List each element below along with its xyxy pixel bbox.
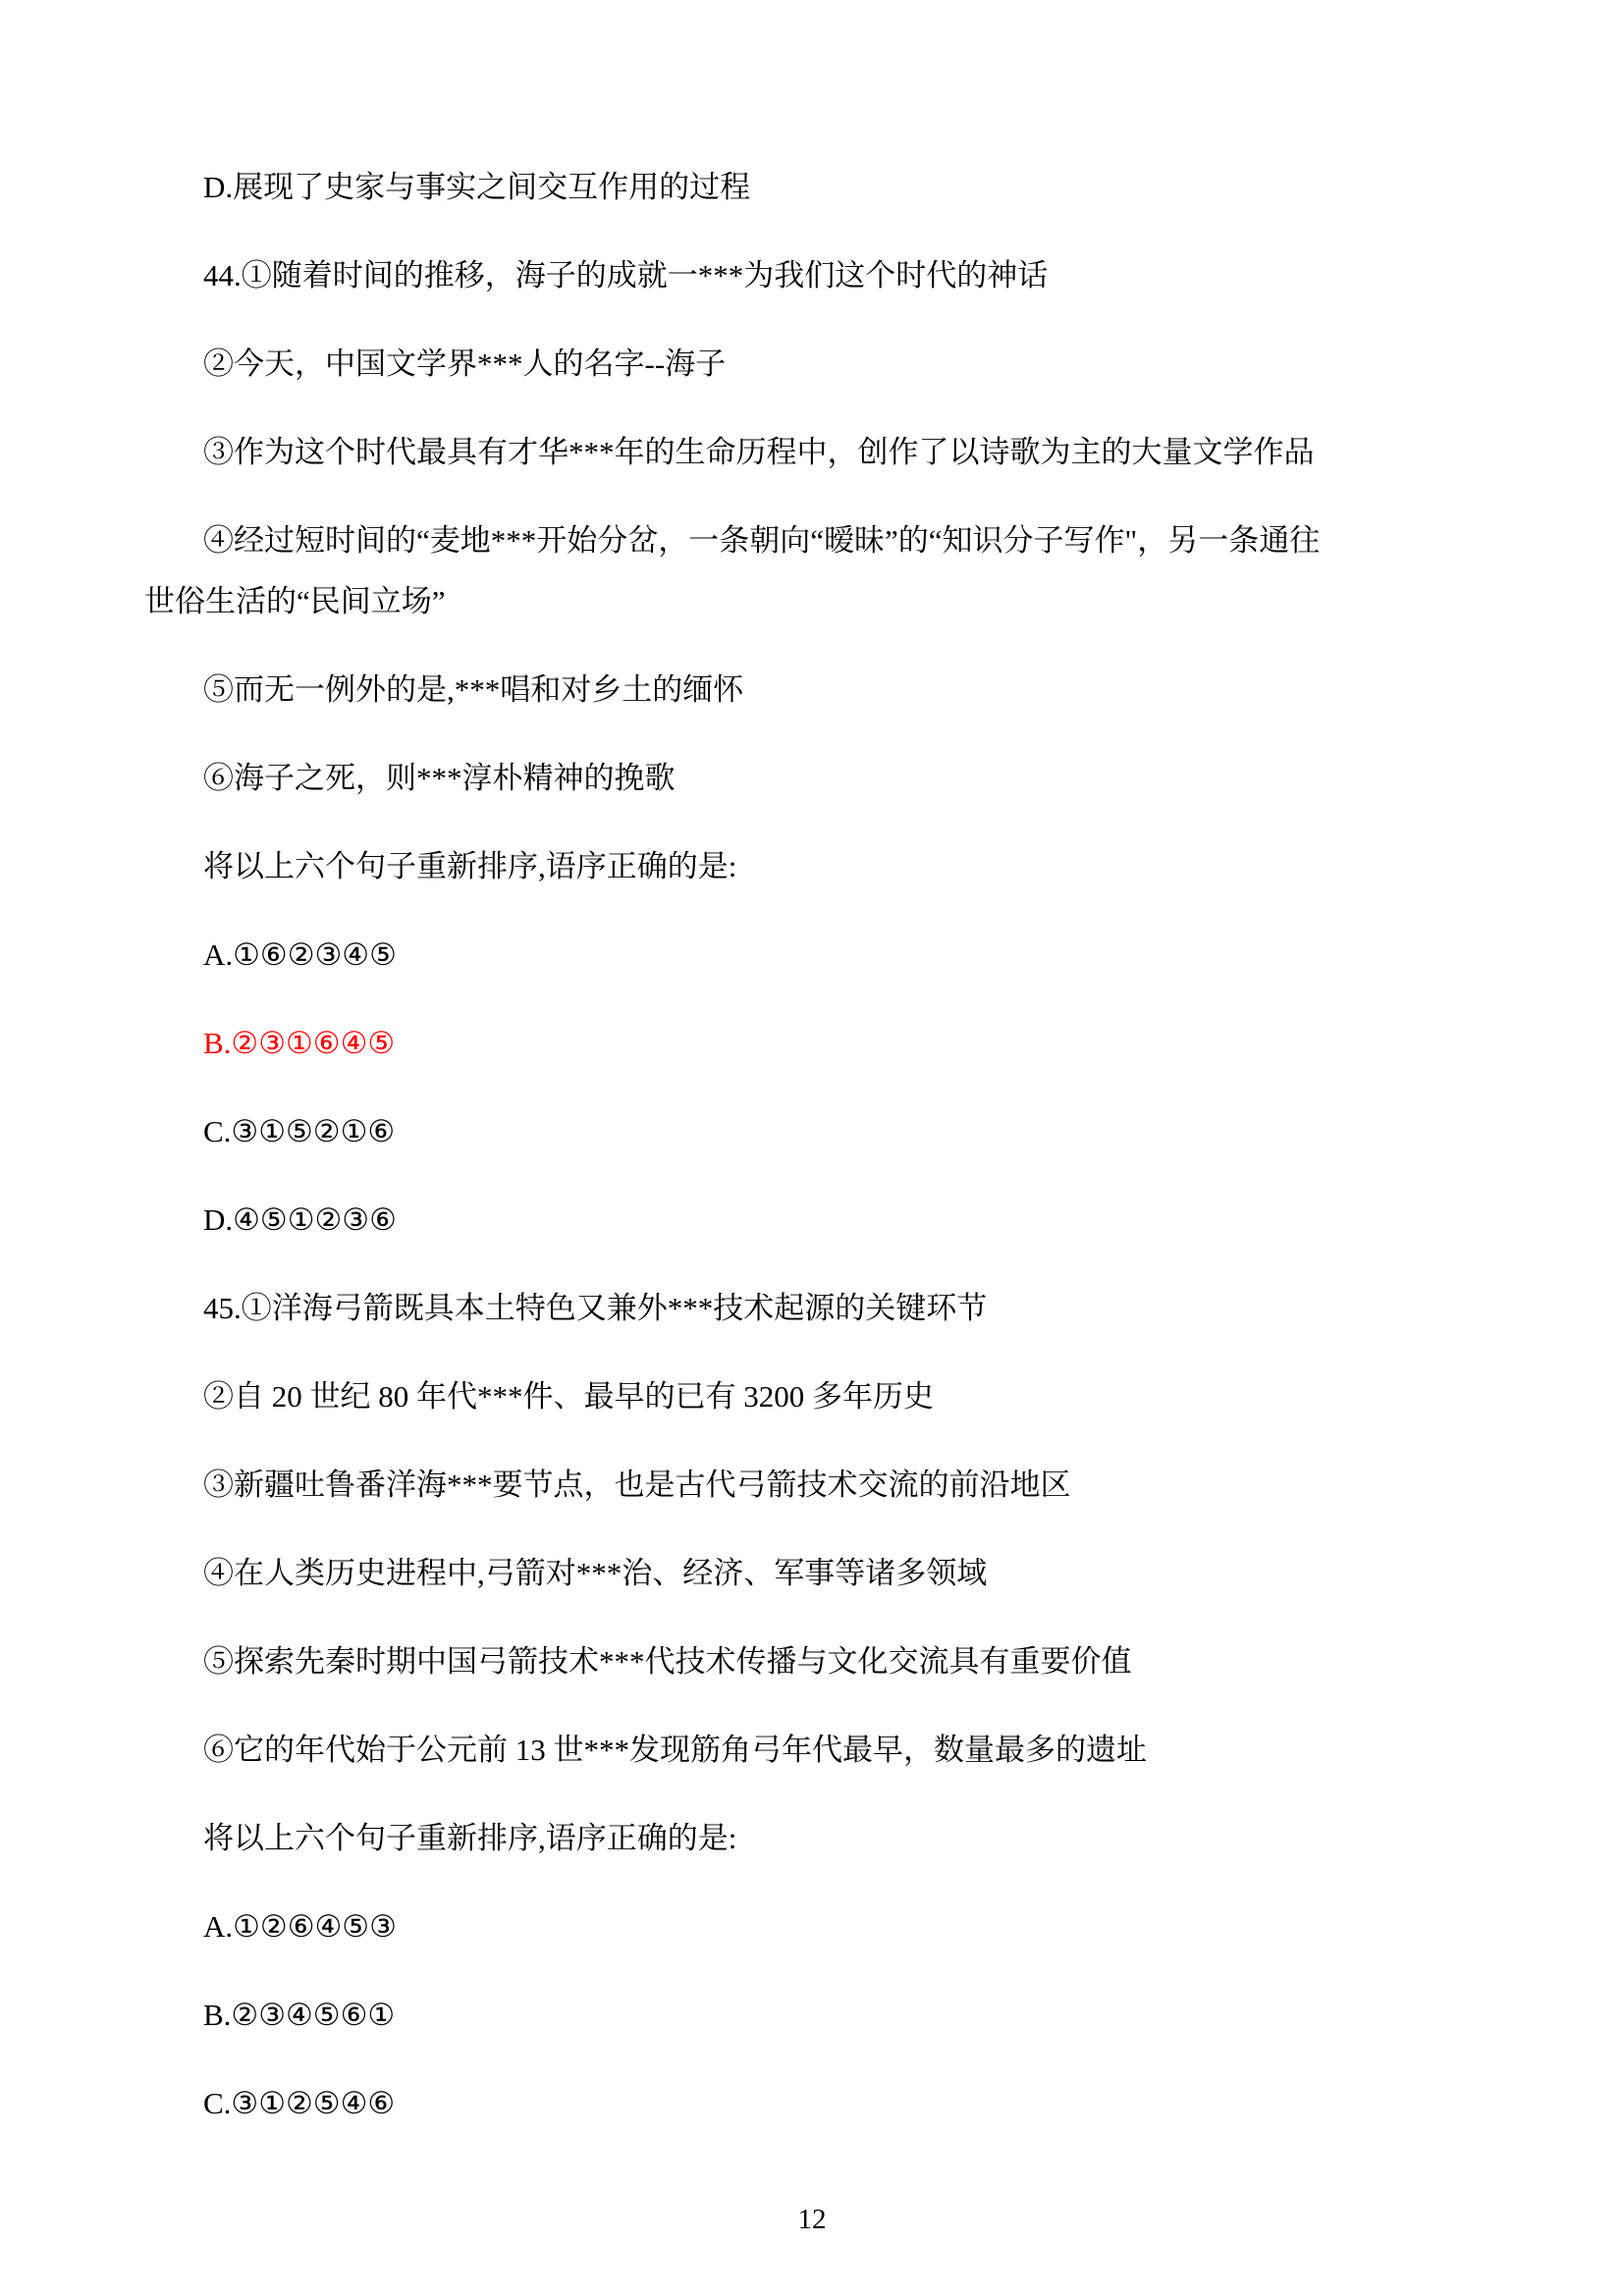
q43-option-d: D.展现了史家与事实之间交互作用的过程	[144, 157, 1480, 218]
q44-option-c: C.③①⑤②①⑥	[144, 1101, 1480, 1162]
q44-option-a-line-1: A.①⑥②③④⑤	[144, 925, 1480, 986]
q44-sentence-1: 44.①随着时间的推移，海子的成就一***为我们这个时代的神话	[144, 245, 1480, 306]
exam-page: D.展现了史家与事实之间交互作用的过程44.①随着时间的推移，海子的成就一***…	[0, 0, 1624, 2296]
q44-sentence-6-line-1: ⑥海子之死，则***淳朴精神的挽歌	[144, 748, 1480, 809]
q45-sentence-6-line-1: ⑥它的年代始于公元前 13 世***发现筋角弓年代最早，数量最多的遗址	[144, 1720, 1480, 1781]
q44-instruction-line-1: 将以上六个句子重新排序,语序正确的是:	[144, 836, 1480, 897]
q44-option-b-line-1: B.②③①⑥④⑤	[144, 1013, 1480, 1074]
q44-option-d: D.④⑤①②③⑥	[144, 1190, 1480, 1251]
q44-sentence-1-line-1: 44.①随着时间的推移，海子的成就一***为我们这个时代的神话	[144, 245, 1480, 306]
q45-sentence-5-line-1: ⑤探索先秦时期中国弓箭技术***代技术传播与文化交流具有重要价值	[144, 1631, 1480, 1692]
q45-sentence-3: ③新疆吐鲁番洋海***要节点，也是古代弓箭技术交流的前沿地区	[144, 1455, 1480, 1516]
q45-sentence-2: ②自 20 世纪 80 年代***件、最早的已有 3200 多年历史	[144, 1366, 1480, 1427]
q45-sentence-5: ⑤探索先秦时期中国弓箭技术***代技术传播与文化交流具有重要价值	[144, 1631, 1480, 1692]
q44-sentence-5-line-1: ⑤而无一例外的是,***唱和对乡土的缅怀	[144, 660, 1480, 721]
q44-sentence-2: ②今天，中国文学界***人的名字--海子	[144, 334, 1480, 395]
q45-sentence-6: ⑥它的年代始于公元前 13 世***发现筋角弓年代最早，数量最多的遗址	[144, 1720, 1480, 1781]
q45-option-a-line-1: A.①②⑥④⑤③	[144, 1896, 1480, 1957]
q45-sentence-2-line-1: ②自 20 世纪 80 年代***件、最早的已有 3200 多年历史	[144, 1366, 1480, 1427]
q45-sentence-1: 45.①洋海弓箭既具本土特色又兼外***技术起源的关键环节	[144, 1278, 1480, 1339]
question-list: D.展现了史家与事实之间交互作用的过程44.①随着时间的推移，海子的成就一***…	[144, 157, 1480, 2162]
q44-instruction: 将以上六个句子重新排序,语序正确的是:	[144, 836, 1480, 897]
q43-option-d-line-1: D.展现了史家与事实之间交互作用的过程	[144, 157, 1480, 218]
q45-option-c-line-1: C.③①②⑤④⑥	[144, 2073, 1480, 2134]
q45-instruction: 将以上六个句子重新排序,语序正确的是:	[144, 1808, 1480, 1869]
q44-sentence-2-line-1: ②今天，中国文学界***人的名字--海子	[144, 334, 1480, 395]
q45-sentence-4-line-1: ④在人类历史进程中,弓箭对***治、经济、军事等诸多领域	[144, 1543, 1480, 1604]
q44-sentence-6: ⑥海子之死，则***淳朴精神的挽歌	[144, 748, 1480, 809]
q44-sentence-4-line-2: 世俗生活的“民间立场”	[144, 571, 1480, 632]
q44-sentence-4-line-1: ④经过短时间的“麦地***开始分岔，一条朝向“暧昧”的“知识分子写作"，另一条通…	[144, 510, 1480, 571]
q44-sentence-5: ⑤而无一例外的是,***唱和对乡土的缅怀	[144, 660, 1480, 721]
q44-option-c-line-1: C.③①⑤②①⑥	[144, 1101, 1480, 1162]
q44-option-b: B.②③①⑥④⑤	[144, 1013, 1480, 1074]
q45-option-b: B.②③④⑤⑥①	[144, 1985, 1480, 2046]
q44-sentence-3: ③作为这个时代最具有才华***年的生命历程中，创作了以诗歌为主的大量文学作品	[144, 422, 1480, 483]
q44-sentence-3-line-1: ③作为这个时代最具有才华***年的生命历程中，创作了以诗歌为主的大量文学作品	[144, 422, 1480, 483]
q44-option-a: A.①⑥②③④⑤	[144, 925, 1480, 986]
q45-instruction-line-1: 将以上六个句子重新排序,语序正确的是:	[144, 1808, 1480, 1869]
q44-sentence-4: ④经过短时间的“麦地***开始分岔，一条朝向“暧昧”的“知识分子写作"，另一条通…	[144, 510, 1480, 632]
q45-sentence-4: ④在人类历史进程中,弓箭对***治、经济、军事等诸多领域	[144, 1543, 1480, 1604]
q45-sentence-1-line-1: 45.①洋海弓箭既具本土特色又兼外***技术起源的关键环节	[144, 1278, 1480, 1339]
q45-option-a: A.①②⑥④⑤③	[144, 1896, 1480, 1957]
page-number: 12	[0, 2203, 1624, 2236]
q45-option-b-line-1: B.②③④⑤⑥①	[144, 1985, 1480, 2046]
q44-option-d-line-1: D.④⑤①②③⑥	[144, 1190, 1480, 1251]
q45-option-c: C.③①②⑤④⑥	[144, 2073, 1480, 2134]
q45-sentence-3-line-1: ③新疆吐鲁番洋海***要节点，也是古代弓箭技术交流的前沿地区	[144, 1455, 1480, 1516]
